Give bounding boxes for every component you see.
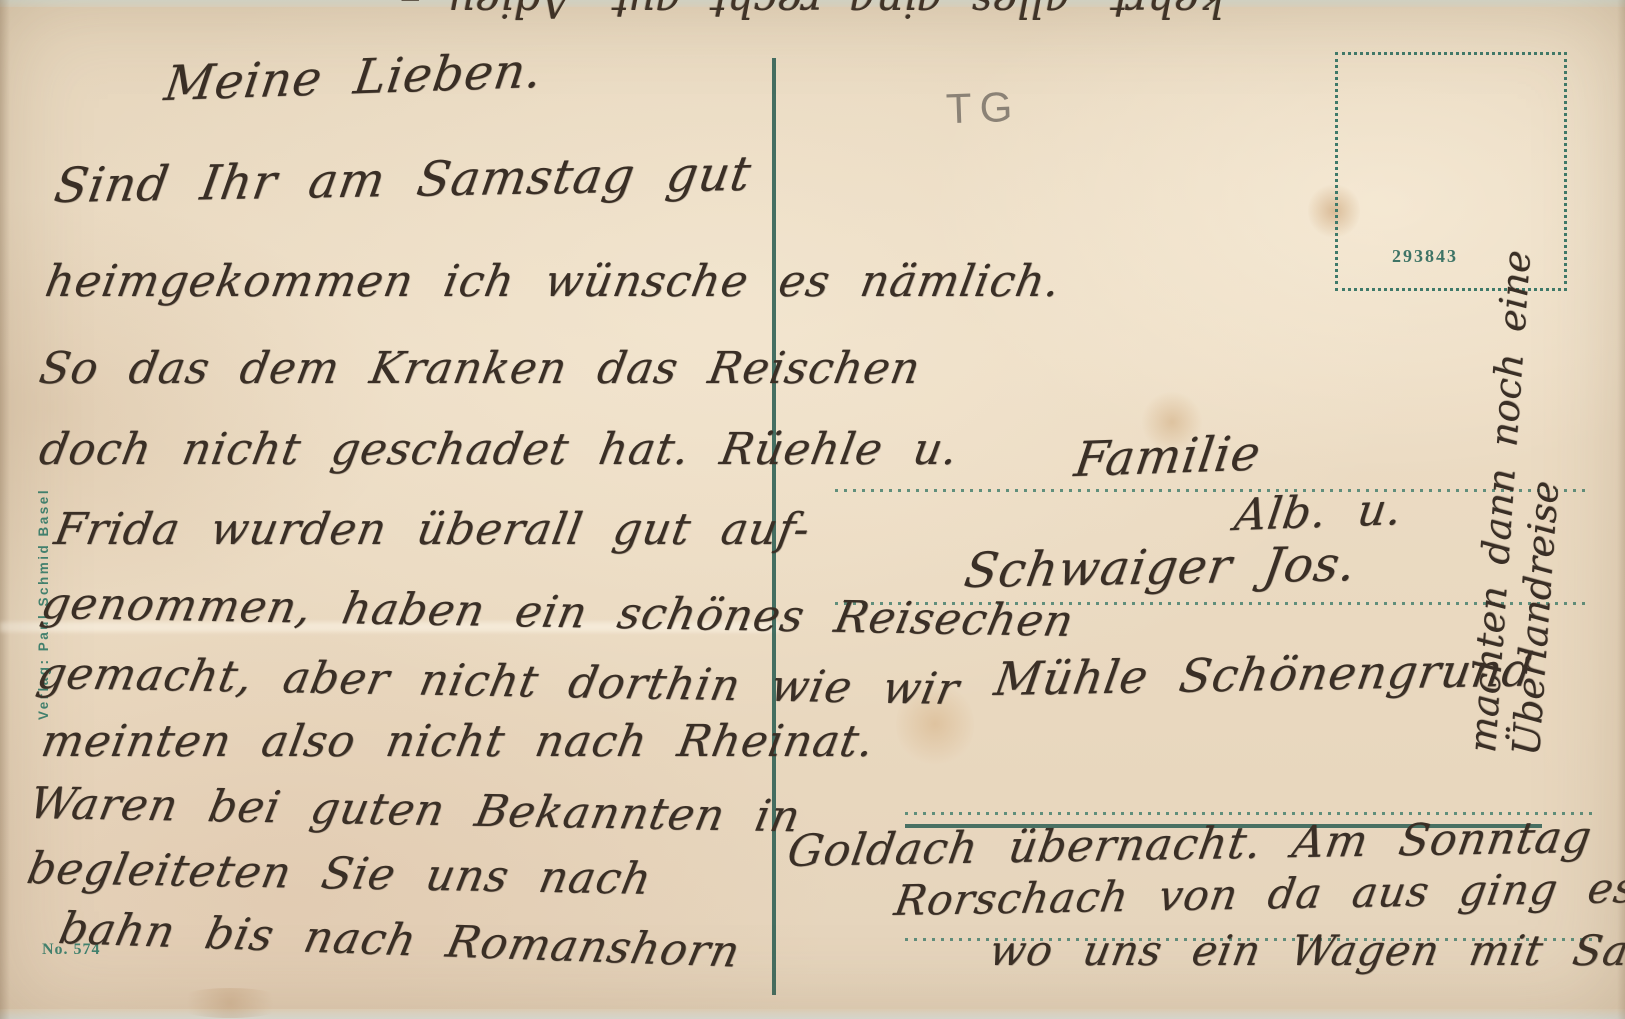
address-line: Alb. u. [1231,484,1405,541]
stain [170,988,290,1018]
handwriting-line: begleiteten Sie uns nach [23,843,656,905]
handwriting-line: bahn bis nach Romanshorn [55,903,745,977]
handwriting-line: Frida wurden überall gut auf- [51,504,815,555]
handwriting-line: Sind Ihr am Samstag gut [51,146,756,214]
stamp-box-control-number: 293843 [1392,246,1458,267]
handwriting-line: So das dem Kranken das Reischen [36,343,925,394]
handwriting-line: wo uns ein Wagen mit Sack [986,926,1625,975]
handwriting-line: Waren bei guten Bekannten in [25,778,805,842]
postcard-back: 293843 Verlag: Paul Schmid Basel No. 574… [0,0,1625,1019]
address-line: Familie [1071,425,1264,488]
handwriting-line: doch nicht geschadet hat. Rüehle u. [36,424,963,475]
handwriting-line: gemacht, aber nicht dorthin wie wir [33,648,964,715]
address-line: Mühle Schönengrund [991,643,1538,707]
pencil-mark: TG [945,83,1021,134]
handwriting-top-margin-note: kehrt, alles ging recht gut. Adieu – [400,0,1224,27]
handwriting-line: heimgekommen ich wünsche es nämlich. [42,256,1065,307]
scan-edge-left [0,0,10,1019]
handwriting-greeting: Meine Lieben. [161,43,546,112]
address-dotted-line-1 [835,489,1588,492]
address-line: Schwaiger Jos. [961,536,1361,599]
handwriting-line: genommen, haben ein schönes Reisechen [37,578,1078,647]
handwriting-line: meinten also nicht nach Rheinat. [38,716,879,767]
